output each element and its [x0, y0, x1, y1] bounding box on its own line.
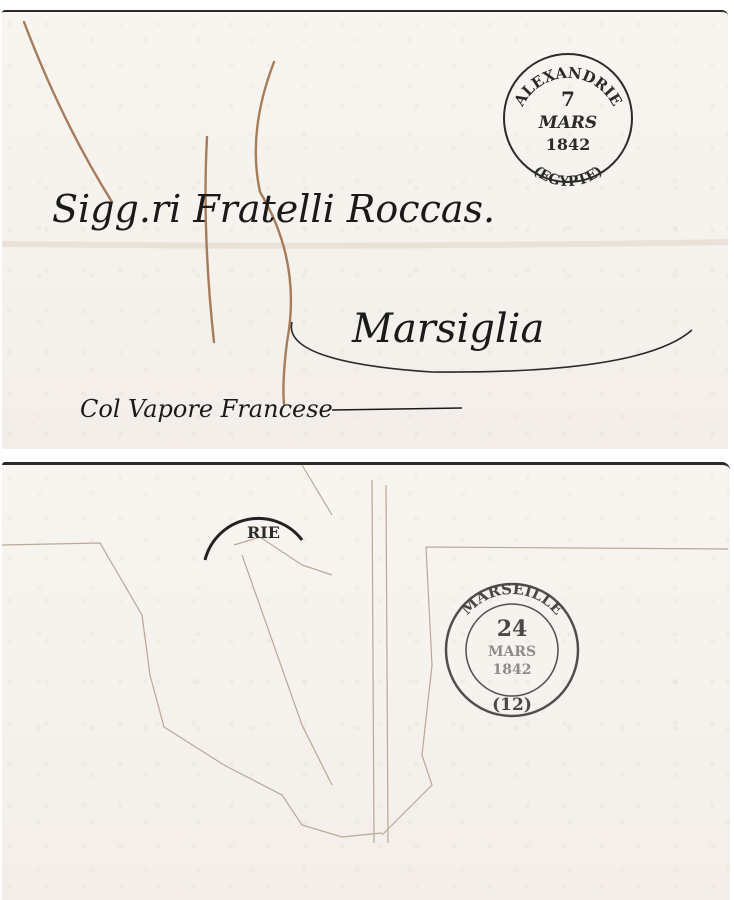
svg-text:RIE: RIE	[247, 523, 280, 542]
transit-mark-partial: RIE	[205, 518, 302, 560]
svg-text:MARS: MARS	[488, 644, 536, 660]
svg-text:MARS: MARS	[538, 113, 597, 133]
svg-text:(EGYPTE): (EGYPTE)	[530, 163, 606, 190]
marseille-postmark: MARSEILLE 24 MARS 1842 (12)	[446, 580, 578, 716]
svg-text:1842: 1842	[493, 662, 532, 678]
svg-text:1842: 1842	[546, 135, 591, 154]
routing-note: Col Vapore Francese	[80, 395, 333, 423]
address-line-1: Sigg.ri Fratelli Roccas.	[52, 187, 495, 231]
svg-text:(12): (12)	[492, 695, 532, 715]
letter-front: ALEXANDRIE (EGYPTE) 7 MARS 1842 Sigg.ri …	[2, 10, 728, 449]
svg-text:24: 24	[497, 616, 528, 642]
back-markings: RIE MARSEILLE 24 MARS 1842 (12)	[2, 465, 730, 900]
svg-text:MARSEILLE: MARSEILLE	[457, 580, 566, 619]
svg-text:7: 7	[561, 87, 575, 111]
letter-back: RIE MARSEILLE 24 MARS 1842 (12)	[2, 462, 730, 900]
alexandrie-postmark: ALEXANDRIE (EGYPTE) 7 MARS 1842	[504, 54, 632, 190]
front-markings: ALEXANDRIE (EGYPTE) 7 MARS 1842 Sigg.ri …	[2, 12, 728, 449]
address-line-2: Marsiglia	[351, 306, 544, 352]
